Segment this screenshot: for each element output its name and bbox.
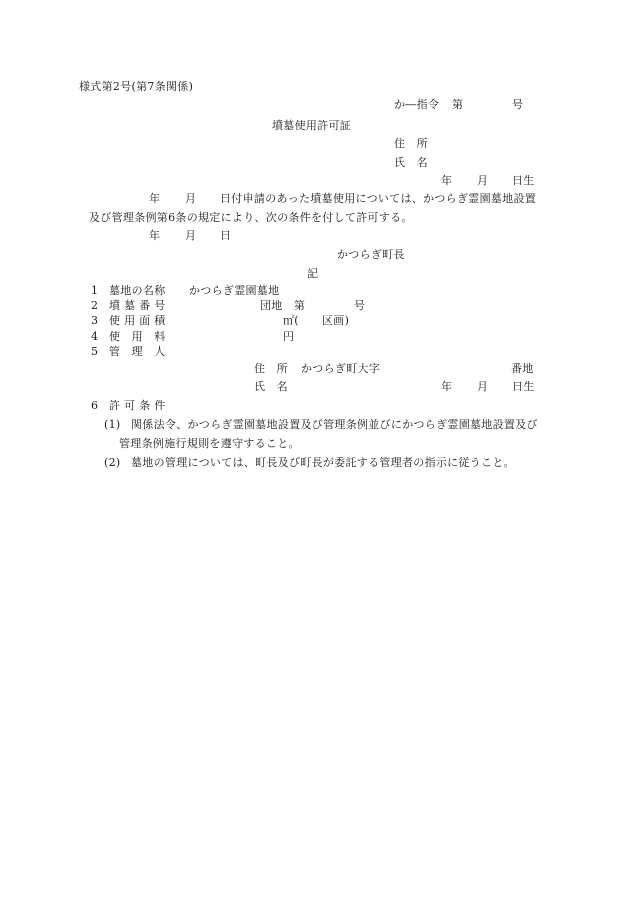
item-4-label: 使 用 料 bbox=[109, 330, 166, 344]
condition-2-line1: 墓地の管理については、町長及び町長が委託する管理者の指示に従うこと。 bbox=[131, 456, 515, 470]
item-1-label: 墓地の名称 bbox=[109, 284, 166, 298]
applicant-name-label: 氏 名 bbox=[394, 156, 428, 170]
manager-birth-year: 年 bbox=[441, 380, 452, 394]
issue-year: 年 bbox=[149, 229, 160, 243]
issue-day: 日 bbox=[220, 229, 231, 243]
body-line-2: 及び管理条例第6条の規定により、次の条件を付して許可する。 bbox=[89, 211, 413, 225]
form-label: 様式第2号(第7条関係) bbox=[79, 80, 193, 94]
manager-birth-month: 月 bbox=[477, 380, 488, 394]
doc-number-prefix: か―指令 bbox=[394, 98, 439, 112]
page-title: 墳墓使用許可証 bbox=[272, 119, 351, 133]
condition-2-num: (2) bbox=[104, 456, 120, 470]
item-2-value-b: 号 bbox=[354, 299, 365, 313]
application-month: 月 bbox=[185, 192, 196, 206]
manager-address-label: 住 所 bbox=[254, 362, 288, 376]
item-2-num: 2 bbox=[91, 299, 98, 313]
item-6-label: 許 可 条 件 bbox=[109, 399, 166, 413]
item-3-value-a: ㎡( bbox=[283, 314, 299, 328]
item-3-label: 使 用 面 積 bbox=[109, 314, 166, 328]
applicant-address-label: 住 所 bbox=[394, 137, 428, 151]
item-6-num: 6 bbox=[91, 399, 98, 413]
manager-address-value: かつらぎ町大字 bbox=[301, 362, 380, 376]
ki-heading: 記 bbox=[307, 267, 318, 281]
birth-month: 月 bbox=[477, 174, 488, 188]
item-4-num: 4 bbox=[91, 330, 98, 344]
item-5-num: 5 bbox=[91, 345, 98, 359]
manager-banchi: 番地 bbox=[511, 362, 534, 376]
item-1-num: 1 bbox=[91, 284, 98, 298]
item-2-value-a: 団地 第 bbox=[260, 299, 305, 313]
birth-year: 年 bbox=[441, 174, 452, 188]
birth-day: 日生 bbox=[512, 174, 535, 188]
application-year: 年 bbox=[149, 192, 160, 206]
doc-number-dai: 第 bbox=[452, 98, 463, 112]
item-3-value-b: 区画) bbox=[322, 314, 349, 328]
condition-1-line2: 管理条例施行規則を遵守すること。 bbox=[119, 437, 300, 451]
manager-name-label: 氏 名 bbox=[254, 380, 288, 394]
item-3-num: 3 bbox=[91, 314, 98, 328]
item-2-label: 墳 墓 番 号 bbox=[109, 299, 166, 313]
item-4-value: 円 bbox=[283, 330, 294, 344]
condition-1-num: (1) bbox=[104, 418, 120, 432]
doc-number-go: 号 bbox=[512, 98, 523, 112]
issue-month: 月 bbox=[185, 229, 196, 243]
body-line-1: 日付申請のあった墳墓使用については、かつらぎ霊園墓地設置 bbox=[220, 192, 536, 206]
issuer: かつらぎ町長 bbox=[337, 248, 405, 262]
condition-1-line1: 関係法令、かつらぎ霊園墓地設置及び管理条例並びにかつらぎ霊園墓地設置及び bbox=[131, 418, 538, 432]
item-5-label: 管 理 人 bbox=[109, 345, 166, 359]
manager-birth-day: 日生 bbox=[512, 380, 535, 394]
item-1-value: かつらぎ霊園墓地 bbox=[189, 284, 279, 298]
